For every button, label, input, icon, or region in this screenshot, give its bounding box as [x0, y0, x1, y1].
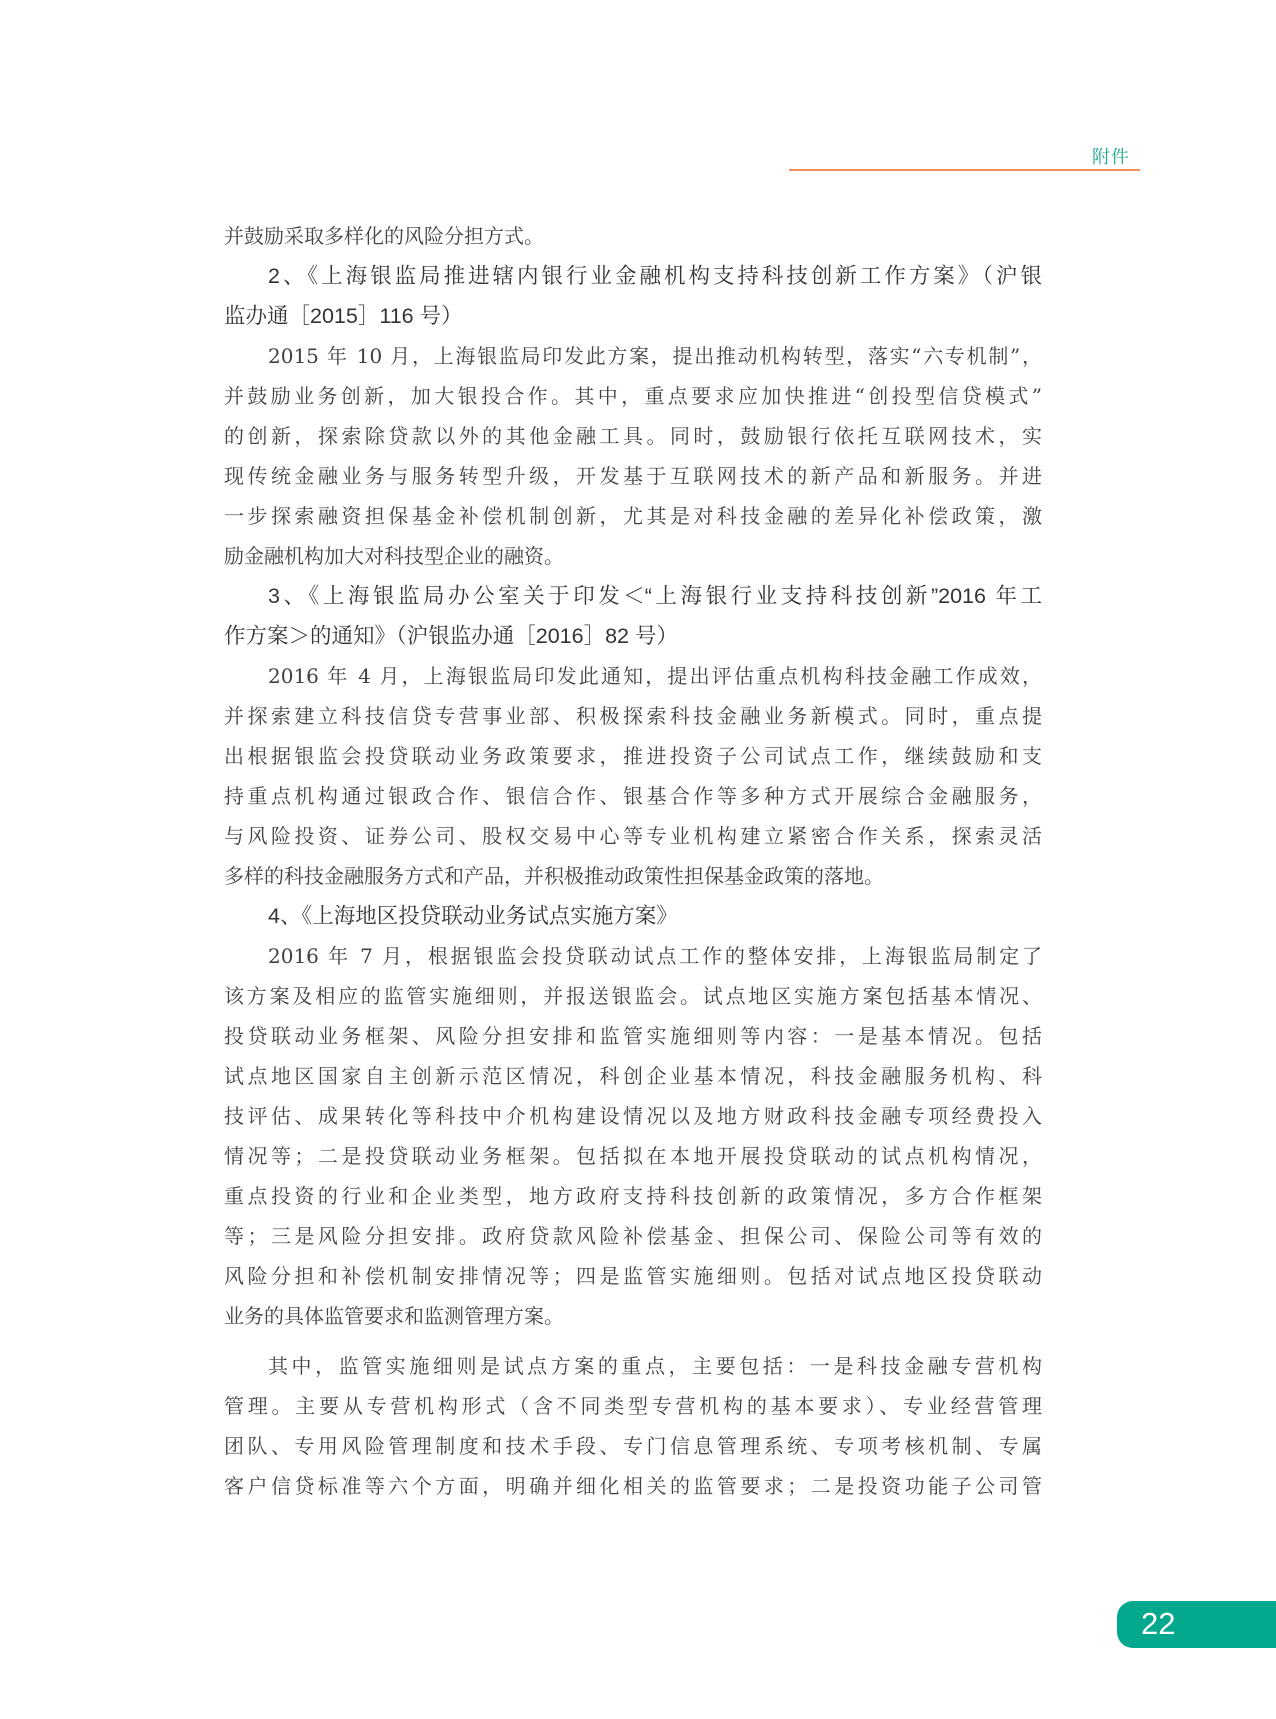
text-line: 等；三是风险分担安排。政府贷款风险补偿基金、担保公司、保险公司等有效的	[224, 1216, 1042, 1256]
text-line: 情况等；二是投贷联动业务框架。包括拟在本地开展投贷联动的试点机构情况，	[224, 1136, 1042, 1176]
paragraph: 2015 年 10 月，上海银监局印发此方案，提出推动机构转型，落实“六专机制”…	[224, 336, 1042, 576]
paragraph: 2016 年 7 月，根据银监会投贷联动试点工作的整体安排，上海银监局制定了 该…	[224, 936, 1042, 1336]
paragraph: 2016 年 4 月，上海银监局印发此通知，提出评估重点机构科技金融工作成效， …	[224, 656, 1042, 896]
paragraph: 并鼓励采取多样化的风险分担方式。	[224, 216, 1042, 256]
text-line: 管理。主要从专营机构形式（含不同类型专营机构的基本要求）、专业经营管理	[224, 1386, 1042, 1426]
text-line: 重点投资的行业和企业类型，地方政府支持科技创新的政策情况，多方合作框架	[224, 1176, 1042, 1216]
heading-line: 2、《上海银监局推进辖内银行业金融机构支持科技创新工作方案》（沪银	[224, 256, 1042, 296]
text-line: 一步探索融资担保基金补偿机制创新，尤其是对科技金融的差异化补偿政策，激	[224, 496, 1042, 536]
text-line: 2015 年 10 月，上海银监局印发此方案，提出推动机构转型，落实“六专机制”…	[224, 336, 1042, 376]
text-line: 多样的科技金融服务方式和产品，并积极推动政策性担保基金政策的落地。	[224, 856, 1042, 896]
paragraph-gap	[224, 1336, 1042, 1346]
document-body: 并鼓励采取多样化的风险分担方式。 2、《上海银监局推进辖内银行业金融机构支持科技…	[224, 216, 1042, 1506]
paragraph: 其中，监管实施细则是试点方案的重点，主要包括：一是科技金融专营机构 管理。主要从…	[224, 1346, 1042, 1506]
heading-line: 3、《上海银监局办公室关于印发＜“上海银行业支持科技创新”2016 年工	[224, 576, 1042, 616]
text-line: 的创新，探索除贷款以外的其他金融工具。同时，鼓励银行依托互联网技术，实	[224, 416, 1042, 456]
text-line: 客户信贷标准等六个方面，明确并细化相关的监管要求；二是投资功能子公司管	[224, 1466, 1042, 1506]
text-line: 2016 年 4 月，上海银监局印发此通知，提出评估重点机构科技金融工作成效，	[224, 656, 1042, 696]
text-line: 投贷联动业务框架、风险分担安排和监管实施细则等内容：一是基本情况。包括	[224, 1016, 1042, 1056]
text-line: 试点地区国家自主创新示范区情况，科创企业基本情况，科技金融服务机构、科	[224, 1056, 1042, 1096]
text-line: 其中，监管实施细则是试点方案的重点，主要包括：一是科技金融专营机构	[224, 1346, 1042, 1386]
heading-line: 监办通［2015］116 号）	[224, 296, 1042, 336]
text-line: 现传统金融业务与服务转型升级，开发基于互联网技术的新产品和新服务。并进	[224, 456, 1042, 496]
text-line: 励金融机构加大对科技型企业的融资。	[224, 536, 1042, 576]
text-line: 并探索建立科技信贷专营事业部、积极探索科技金融业务新模式。同时，重点提	[224, 696, 1042, 736]
page-number: 22	[1141, 1605, 1175, 1643]
text-line: 出根据银监会投贷联动业务政策要求，推进投资子公司试点工作，继续鼓励和支	[224, 736, 1042, 776]
section-heading-4: 4、《上海地区投贷联动业务试点实施方案》	[224, 896, 1042, 936]
text-line: 风险分担和补偿机制安排情况等；四是监管实施细则。包括对试点地区投贷联动	[224, 1256, 1042, 1296]
page-number-badge: 22	[1117, 1601, 1276, 1648]
text-line: 持重点机构通过银政合作、银信合作、银基合作等多种方式开展综合金融服务，	[224, 776, 1042, 816]
header-divider	[789, 169, 1140, 171]
text-line: 2016 年 7 月，根据银监会投贷联动试点工作的整体安排，上海银监局制定了	[224, 936, 1042, 976]
text-line: 团队、专用风险管理制度和技术手段、专门信息管理系统、专项考核机制、专属	[224, 1426, 1042, 1466]
text-line: 该方案及相应的监管实施细则，并报送银监会。试点地区实施方案包括基本情况、	[224, 976, 1042, 1016]
text-line: 并鼓励业务创新，加大银投合作。其中，重点要求应加快推进“创投型信贷模式”	[224, 376, 1042, 416]
text-line: 业务的具体监管要求和监测管理方案。	[224, 1296, 1042, 1336]
section-heading-3: 3、《上海银监局办公室关于印发＜“上海银行业支持科技创新”2016 年工 作方案…	[224, 576, 1042, 656]
heading-line: 4、《上海地区投贷联动业务试点实施方案》	[224, 896, 1042, 936]
text-line: 技评估、成果转化等科技中介机构建设情况以及地方财政科技金融专项经费投入	[224, 1096, 1042, 1136]
text-line: 与风险投资、证券公司、股权交易中心等专业机构建立紧密合作关系，探索灵活	[224, 816, 1042, 856]
section-label: 附件	[1092, 143, 1130, 169]
text-line: 并鼓励采取多样化的风险分担方式。	[224, 216, 1042, 256]
section-heading-2: 2、《上海银监局推进辖内银行业金融机构支持科技创新工作方案》（沪银 监办通［20…	[224, 256, 1042, 336]
heading-line: 作方案＞的通知》（沪银监办通［2016］82 号）	[224, 616, 1042, 656]
